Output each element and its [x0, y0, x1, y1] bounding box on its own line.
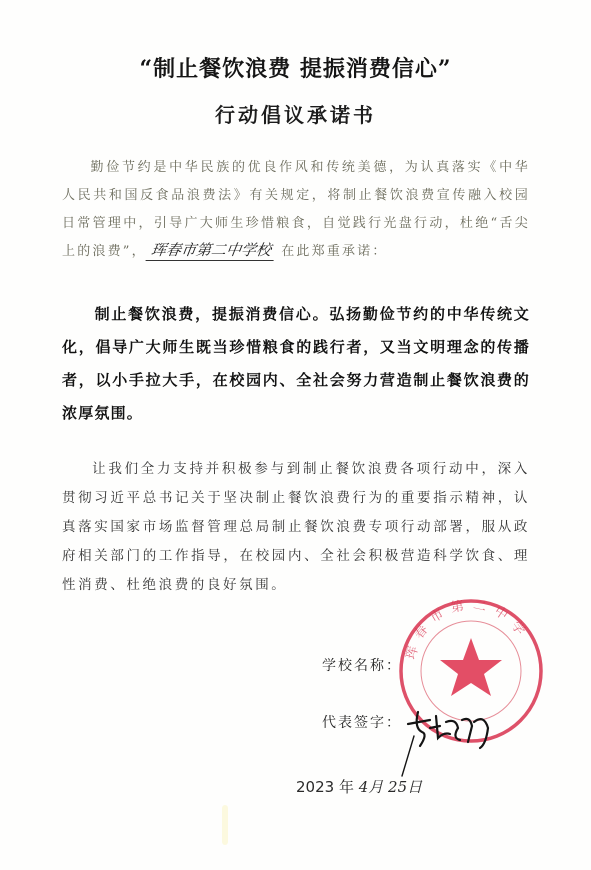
commitment-paragraph-bold: 制止餐饮浪费，提振消费信心。弘扬勤俭节约的中华传统文化，倡导广大师生既当珍惜粮食… — [62, 298, 530, 430]
handwritten-signature — [400, 698, 530, 778]
commitment-text: 制止餐饮浪费，提振消费信心。弘扬勤俭节约的中华传统文化，倡导广大师生既当珍惜粮食… — [62, 305, 530, 422]
handwritten-school-name: 珲春市第二中学校 — [145, 240, 276, 261]
document-date: 2023 年 4月 25日 — [296, 776, 422, 797]
document-title: “制止餐饮浪费 提振消费信心” — [0, 52, 591, 83]
action-paragraph: 让我们全力支持并积极参与到制止餐饮浪费各项行动中，深入贯彻习近平总书记关于坚决制… — [62, 455, 530, 600]
school-name-label: 学校名称： — [322, 655, 402, 675]
representative-signature-label: 代表签字： — [322, 712, 402, 732]
document-subtitle: 行动倡议承诺书 — [0, 99, 591, 128]
commitment-document-page: “制止餐饮浪费 提振消费信心” 行动倡议承诺书 勤俭节约是中华民族的优良作风和传… — [0, 0, 591, 870]
intro-paragraph: 勤俭节约是中华民族的优良作风和传统美德，为认真落实《中华人民共和国反食品浪费法》… — [62, 154, 530, 266]
date-month-day: 4月 25日 — [359, 778, 422, 796]
intro-commitment-text: 在此郑重承诺： — [281, 244, 387, 259]
action-text: 让我们全力支持并积极参与到制止餐饮浪费各项行动中，深入贯彻习近平总书记关于坚决制… — [62, 461, 530, 593]
date-year: 2023 年 — [296, 778, 354, 796]
paper-stain — [222, 805, 228, 845]
